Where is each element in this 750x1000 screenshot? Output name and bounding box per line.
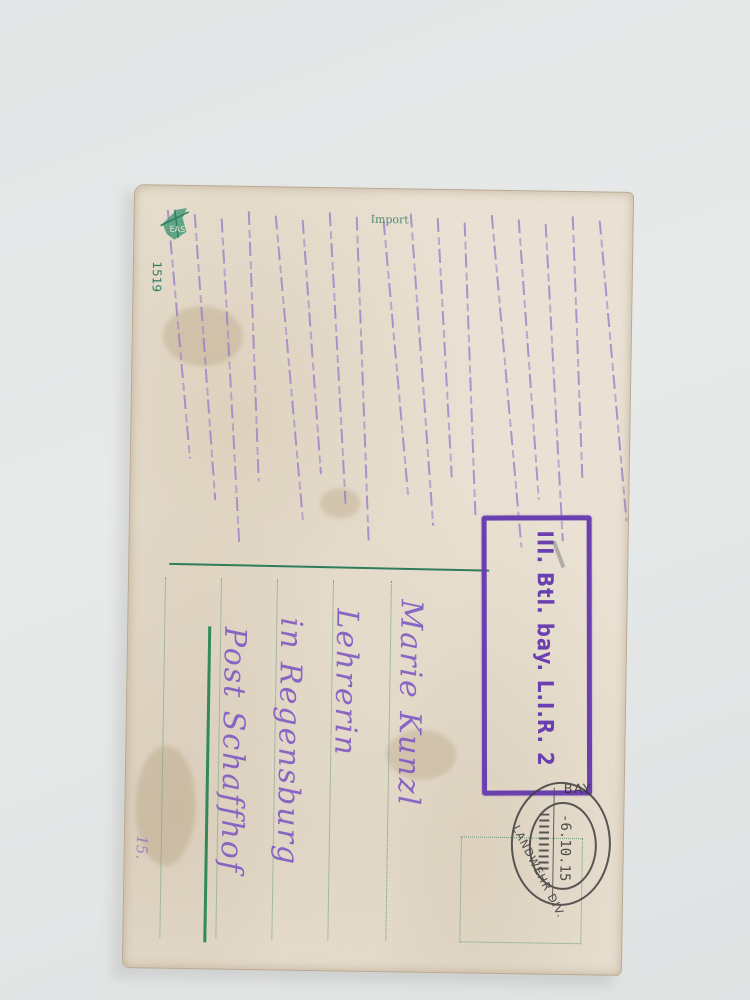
publisher-logo-icon: EAS [156,203,193,246]
series-number: 1519 [149,261,163,292]
handwriting-stroke [221,219,241,543]
postcard: EAS 1519 Import Marie Kunzl Lehrerin in … [122,184,634,976]
unit-stamp-text: III. Btl. bay. L.I.R. 2 [532,530,557,766]
address-post: Post Schaffhof [213,626,252,874]
handwriting-stroke [437,218,453,478]
postmark-date: -6.10.15 [556,814,573,882]
address-title: Lehrerin [327,608,364,757]
handwriting-stroke [491,215,523,548]
import-label: Import [371,213,409,227]
handwriting-stroke [248,211,260,482]
handwriting-stroke [275,215,304,522]
handwriting-stroke [167,210,191,459]
handwriting-stroke [599,220,628,521]
svg-text:EAS: EAS [169,225,185,234]
handwriting-stroke [302,220,322,474]
address-city: in Regensburg [269,617,308,866]
handwriting-stroke [545,224,564,542]
handwriting-stroke [329,212,347,504]
unit-stamp: III. Btl. bay. L.I.R. 2 [482,515,592,795]
handwriting-stroke [518,219,540,499]
address-name: Marie Kunzl [390,599,428,807]
printed-divider-vertical [203,626,211,942]
handwriting-stroke [572,216,584,481]
handwriting-stroke [383,221,410,496]
handwriting-stroke [356,217,370,546]
sender-note: 15. [133,835,151,859]
postmark: BAY LANDWEHR DIV. -6.10.15 [510,781,612,907]
handwriting-stroke [410,213,434,525]
postmark-top-text: BAY [564,782,592,797]
handwriting-stroke [194,214,217,500]
handwriting-stroke [464,222,477,519]
